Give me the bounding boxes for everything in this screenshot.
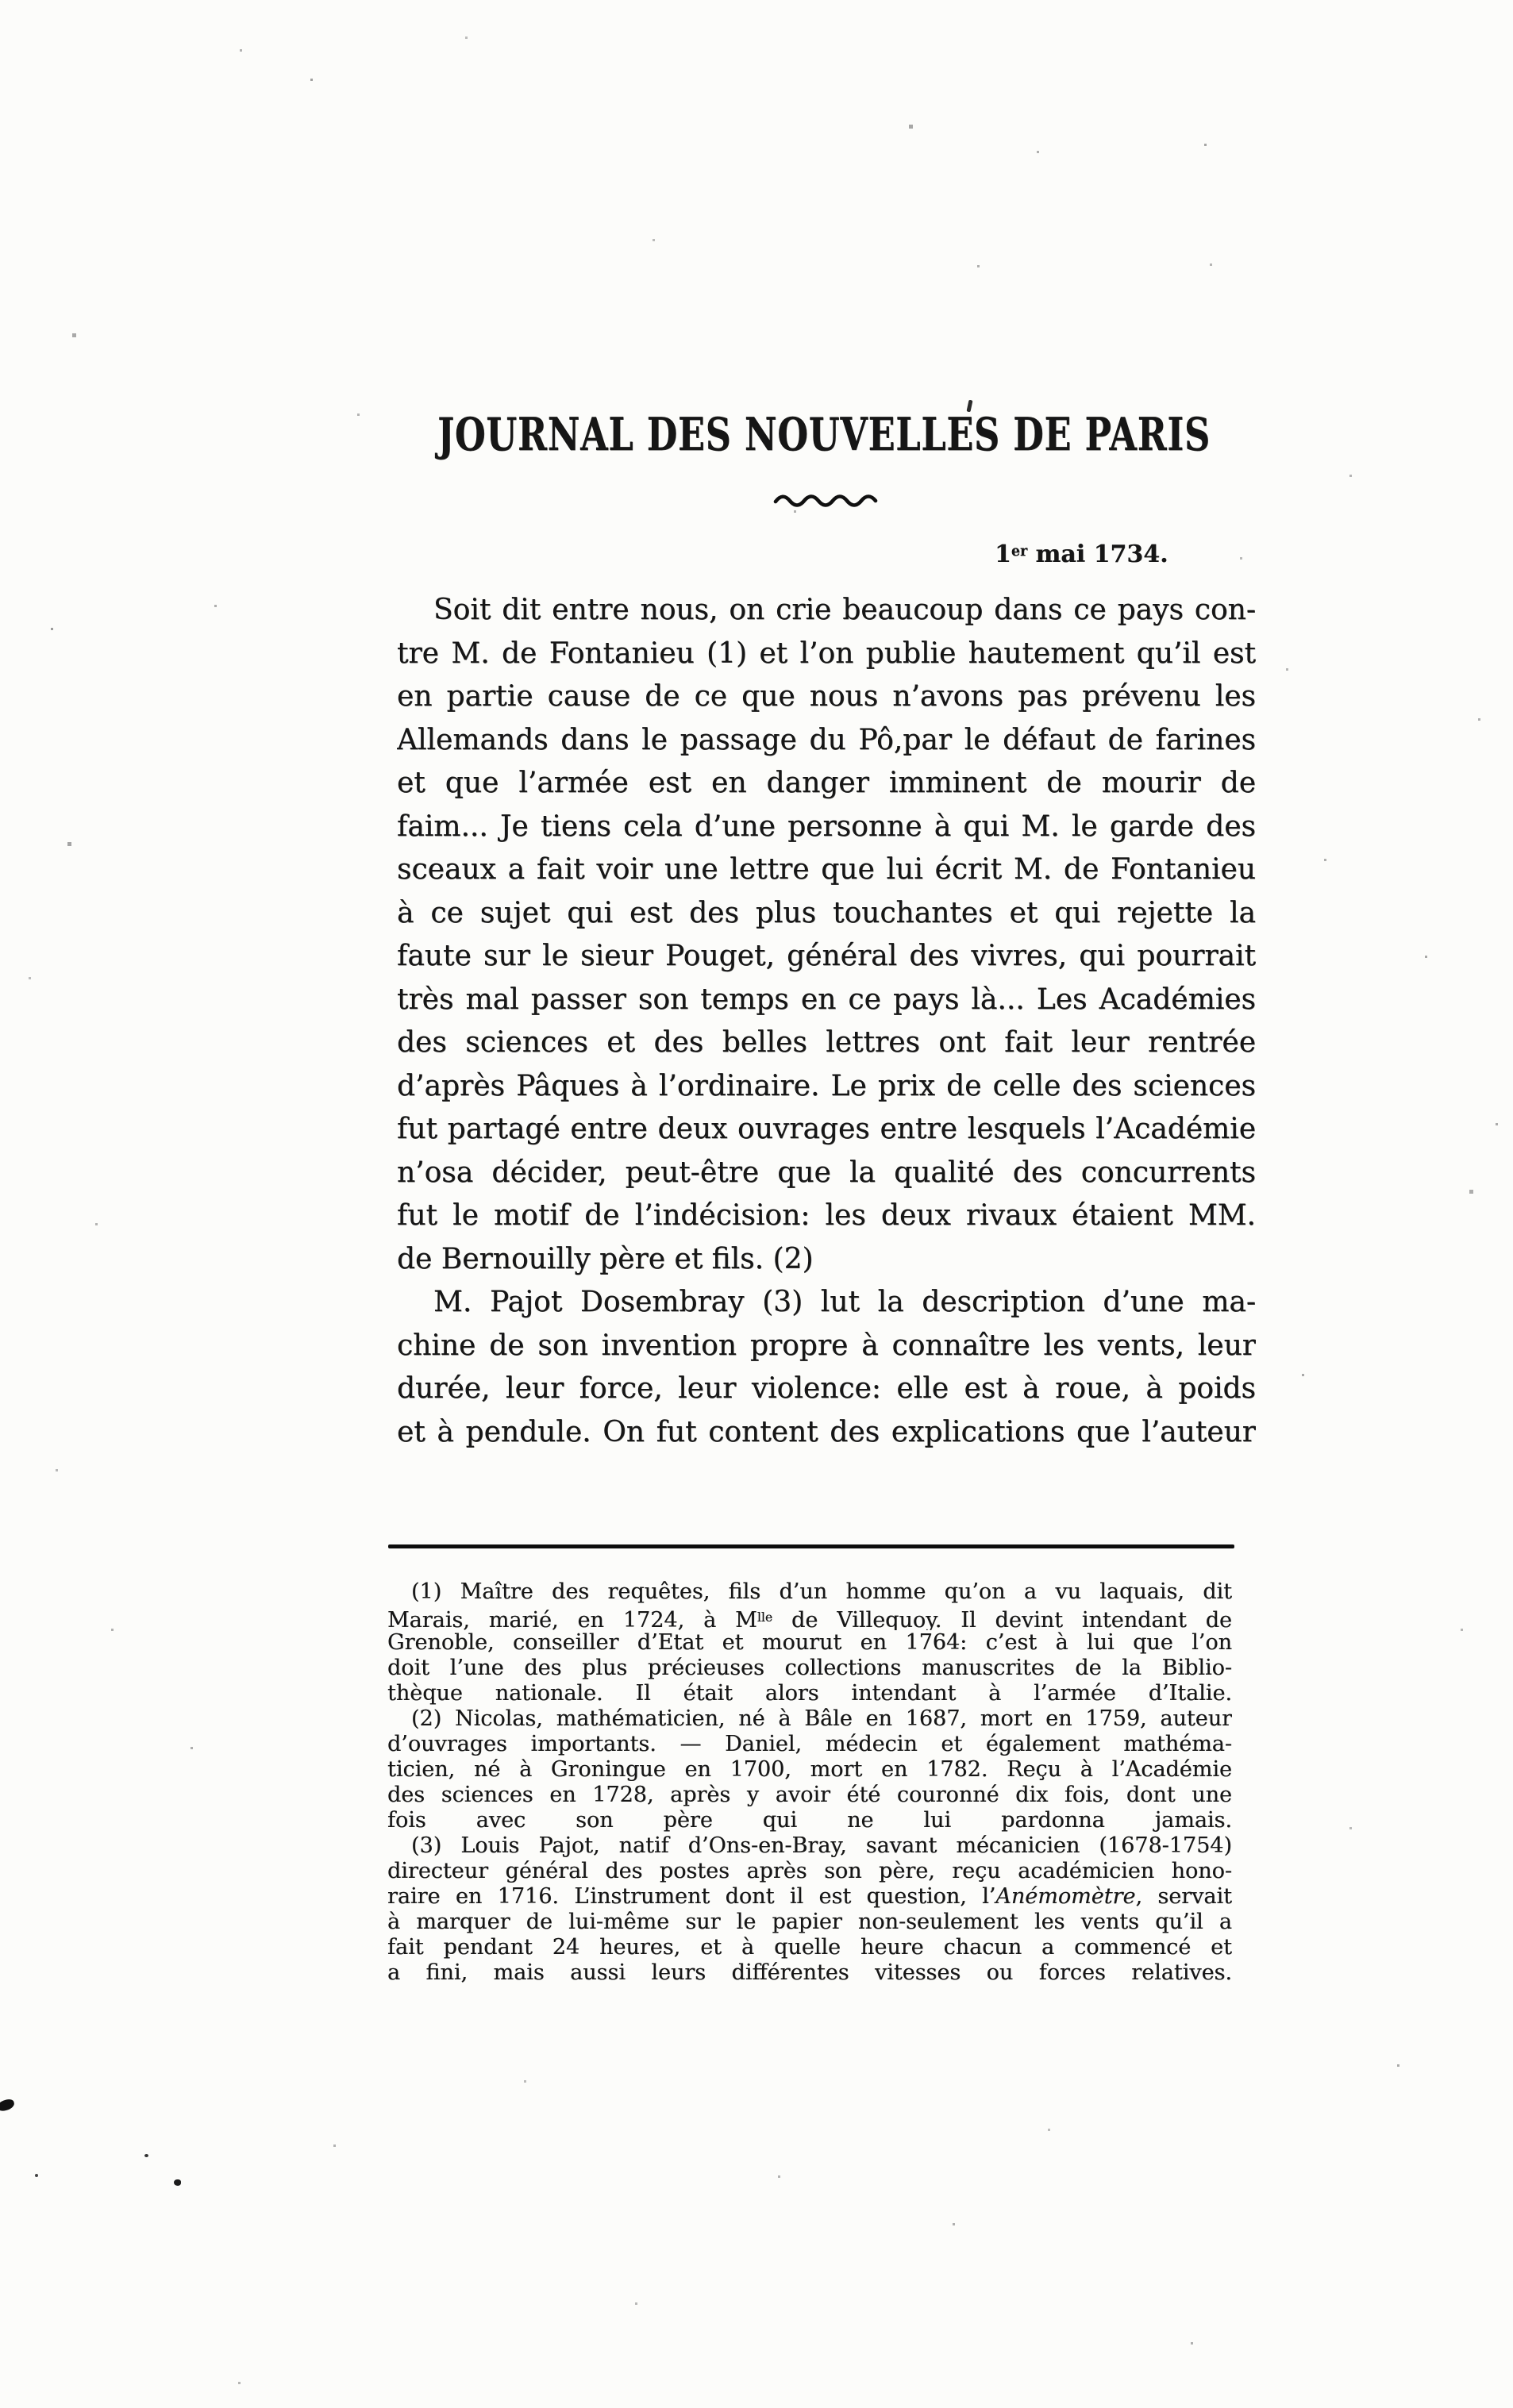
text-line: à ce sujet qui est des plus touchantes e…: [397, 892, 1256, 936]
text-line: Soit dit entre nous, on crie beaucoup da…: [397, 589, 1256, 633]
footnote-line: à marquer de lui-même sur le papier non-…: [387, 1910, 1232, 1935]
scan-speckles: [0, 0, 2, 2]
issue-date: 1er mai 1734.: [995, 540, 1168, 568]
text-line: faute sur le sieur Pouget, général des v…: [397, 935, 1256, 979]
footnote-text: de Villequoy. Il devint intendant de: [772, 1608, 1232, 1630]
footnote-line: a fini, mais aussi leurs différentes vit…: [387, 1960, 1232, 1986]
text-line: durée, leur force, leur violence: elle e…: [397, 1367, 1256, 1411]
footnote-separator-rule: [388, 1544, 1234, 1548]
ink-blot: [0, 2098, 15, 2112]
text-line: des sciences et des belles lettres ont f…: [397, 1021, 1256, 1065]
footnote-line: directeur général des postes après son p…: [387, 1859, 1232, 1884]
text-line: en partie cause de ce que nous n’avons p…: [397, 675, 1256, 719]
ink-speck: [174, 2179, 181, 2186]
footnote-line: doit l’une des plus précieuses collectio…: [387, 1656, 1232, 1681]
footnote-line: ticien, né à Groningue en 1700, mort en …: [387, 1757, 1232, 1783]
text-line: Allemands dans le passage du Pô,par le d…: [397, 719, 1256, 763]
text-line: d’après Pâques à l’ordinaire. Le prix de…: [397, 1065, 1256, 1109]
italic-text: Anémomètre: [995, 1884, 1135, 1909]
footnotes: (1) Maître des requêtes, fils d’un homme…: [387, 1579, 1232, 1986]
article-body: Soit dit entre nous, on crie beaucoup da…: [397, 589, 1256, 1454]
ink-speck: [144, 2154, 148, 2157]
footnote-text: , servait: [1135, 1884, 1232, 1909]
ink-speck: [35, 2174, 38, 2177]
text-line: faim... Je tiens cela d’une personne à q…: [397, 806, 1256, 849]
journal-title: JOURNAL DES NOUVELLES DE PARIS: [234, 408, 1415, 461]
text-line: de Bernouilly père et fils. (2): [397, 1238, 1256, 1282]
footnote-line: thèque nationale. Il était alors intenda…: [387, 1681, 1232, 1706]
text-line: n’osa décider, peut-être que la qualité …: [397, 1152, 1256, 1195]
document-page: JOURNAL DES NOUVELLES DE PARIS 1er mai 1…: [0, 0, 1513, 2408]
text-line: fut le motif de l’indécision: les deux r…: [397, 1194, 1256, 1238]
issue-date-day: 1: [995, 540, 1011, 568]
footnote-line: (3) Louis Pajot, natif d’Ons-en-Bray, sa…: [387, 1833, 1232, 1859]
footnote-line: (1) Maître des requêtes, fils d’un homme…: [387, 1579, 1232, 1605]
footnote-text: Marais, marié, en 1724, à M: [387, 1608, 757, 1630]
text-line: fut partagé entre deux ouvrages entre le…: [397, 1108, 1256, 1152]
issue-date-ordinal-suffix: er: [1011, 544, 1027, 560]
text-line: et à pendule. On fut content des explica…: [397, 1411, 1256, 1455]
squiggle-ornament-icon: [772, 490, 879, 509]
text-line: très mal passer son temps en ce pays là.…: [397, 979, 1256, 1022]
text-line: chine de son invention propre à connaîtr…: [397, 1325, 1256, 1368]
text-line: et que l’armée est en danger imminent de…: [397, 762, 1256, 806]
footnote-line: d’ouvrages importants. — Daniel, médecin…: [387, 1732, 1232, 1757]
footnote-line: des sciences en 1728, après y avoir été …: [387, 1783, 1232, 1808]
footnote-line: Marais, marié, en 1724, à Mlle de Villeq…: [387, 1605, 1232, 1630]
text-line: M. Pajot Dosembray (3) lut la descriptio…: [397, 1281, 1256, 1325]
issue-date-rest: mai 1734.: [1027, 540, 1168, 568]
footnote-line: raire en 1716. L’instrument dont il est …: [387, 1884, 1232, 1910]
footnote-line: fait pendant 24 heures, et à quelle heur…: [387, 1935, 1232, 1960]
superscript-text: lle: [757, 1610, 772, 1625]
footnote-text: raire en 1716. L’instrument dont il est …: [387, 1884, 995, 1909]
footnote-line: Grenoble, conseiller d’Etat et mourut en…: [387, 1630, 1232, 1656]
text-line: sceaux a fait voir une lettre que lui éc…: [397, 848, 1256, 892]
footnote-line: fois avec son père qui ne lui pardonna j…: [387, 1808, 1232, 1833]
text-line: tre M. de Fontanieu (1) et l’on publie h…: [397, 633, 1256, 676]
footnote-line: (2) Nicolas, mathématicien, né à Bâle en…: [387, 1706, 1232, 1732]
